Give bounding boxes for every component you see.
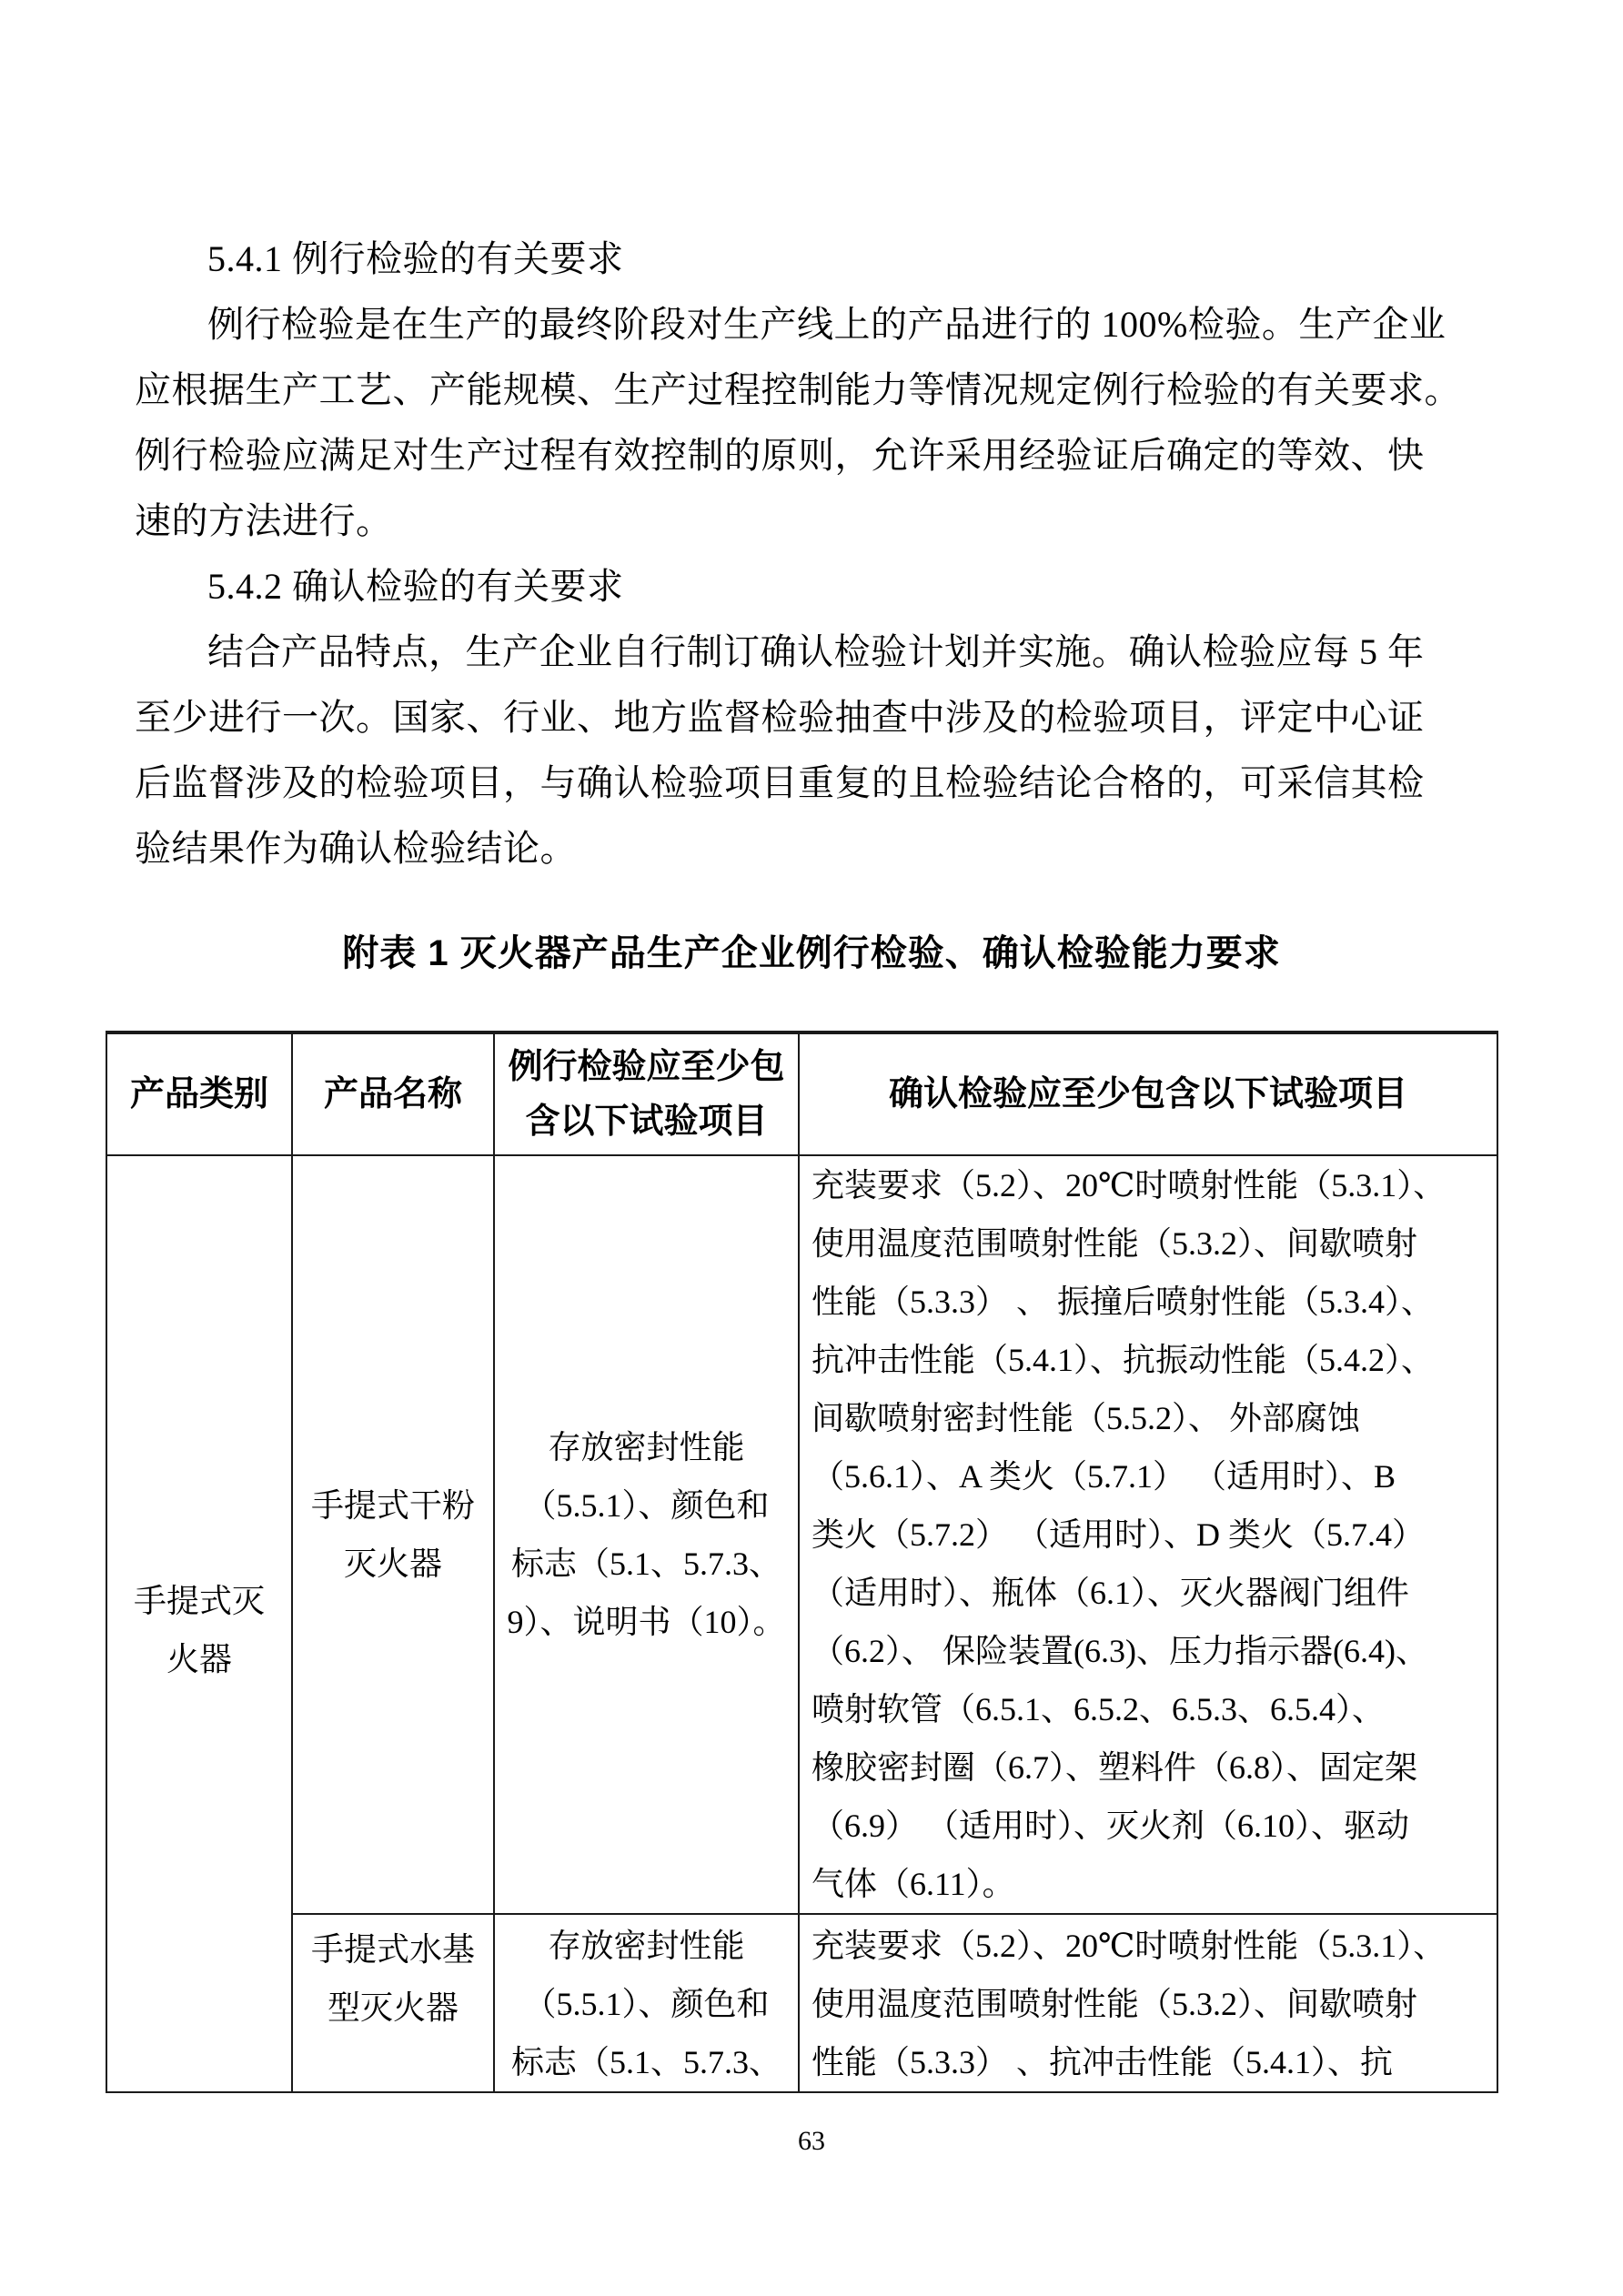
paragraph-5-4-1: 例行检验是在生产的最终阶段对生产线上的产品进行的 100%检验。生产企业应根据生… (135, 292, 1497, 554)
cell-product-name: 手提式干粉灭火器 (292, 1155, 494, 1914)
table-title: 附表 1 灭火器产品生产企业例行检验、确认检验能力要求 (0, 921, 1623, 986)
col-header-product-name: 产品名称 (292, 1032, 494, 1155)
cell-confirm-tests: 充装要求（5.2）、20℃时喷射性能（5.3.1）、使用温度范围喷射性能（5.3… (799, 1914, 1497, 2092)
page-number: 63 (0, 2121, 1623, 2161)
document-page: { "document": { "heading_541": "5.4.1 例行… (0, 0, 1623, 2296)
paragraph-5-4-2: 结合产品特点，生产企业自行制订确认检验计划并实施。确认检验应每 5 年至少进行一… (135, 619, 1497, 881)
col-header-routine-tests: 例行检验应至少包含以下试验项目 (494, 1032, 799, 1155)
section-heading-5-4-2: 5.4.2 确认检验的有关要求 (135, 554, 1497, 619)
body-text: 5.4.1 例行检验的有关要求 例行检验是在生产的最终阶段对生产线上的产品进行的… (135, 227, 1497, 881)
table-header-row: 产品类别 产品名称 例行检验应至少包含以下试验项目 确认检验应至少包含以下试验项… (106, 1032, 1497, 1155)
table-row-water-based: 手提式水基型灭火器 存放密封性能（5.5.1）、颜色和标志（5.1、5.7.3、… (106, 1914, 1497, 2092)
inspection-capability-table: 产品类别 产品名称 例行检验应至少包含以下试验项目 确认检验应至少包含以下试验项… (106, 1031, 1498, 2093)
section-heading-5-4-1: 5.4.1 例行检验的有关要求 (135, 227, 1497, 292)
table-row-dry-powder: 手提式灭火器 手提式干粉灭火器 存放密封性能（5.5.1）、颜色和标志（5.1、… (106, 1155, 1497, 1914)
cell-routine-tests: 存放密封性能（5.5.1）、颜色和标志（5.1、5.7.3、9）、说明书（10）… (494, 1155, 799, 1914)
col-header-confirm-tests: 确认检验应至少包含以下试验项目 (799, 1032, 1497, 1155)
cell-routine-tests: 存放密封性能（5.5.1）、颜色和标志（5.1、5.7.3、 (494, 1914, 799, 2092)
cell-product-category: 手提式灭火器 (106, 1155, 292, 2092)
col-header-product-category: 产品类别 (106, 1032, 292, 1155)
cell-product-name: 手提式水基型灭火器 (292, 1914, 494, 2092)
cell-confirm-tests: 充装要求（5.2）、20℃时喷射性能（5.3.1）、使用温度范围喷射性能（5.3… (799, 1155, 1497, 1914)
